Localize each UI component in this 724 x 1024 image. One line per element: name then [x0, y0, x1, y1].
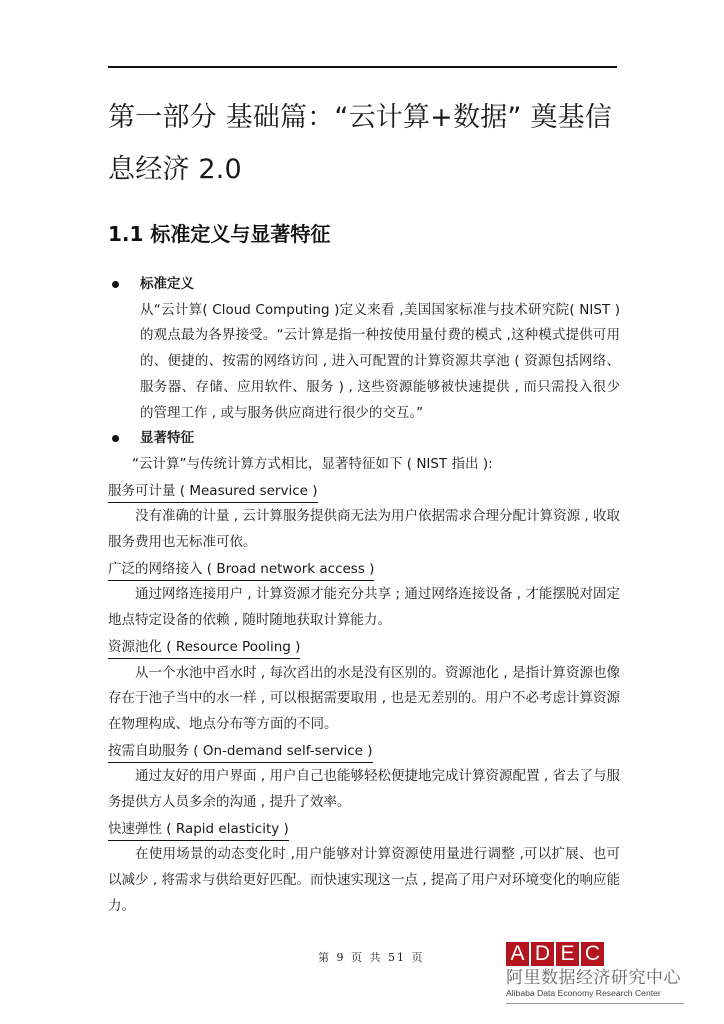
logo-underline: [506, 1003, 684, 1004]
logo-letter-boxes: A D E C: [506, 942, 686, 966]
logo-letter: E: [556, 942, 579, 966]
section-title: 1.1 标准定义与显著特征: [108, 220, 330, 248]
header-rule: [108, 66, 617, 68]
feature-title: 广泛的网络接入 ( Broad network access ): [108, 558, 374, 581]
logo-letter: C: [581, 942, 604, 966]
feature-item: 广泛的网络接入 ( Broad network access ) 通过网络连接用…: [108, 556, 620, 634]
logo-name-chinese: 阿里数据经济研究中心: [506, 968, 686, 988]
adec-logo: A D E C 阿里数据经济研究中心 Alibaba Data Economy …: [506, 942, 686, 1004]
feature-item: 服务可计量 ( Measured service ) 没有准确的计量 , 云计算…: [108, 478, 620, 556]
logo-letter: D: [531, 942, 554, 966]
key-features-intro: “云计算”与传统计算方式相比，显著特征如下 ( NIST 指出 ):: [108, 452, 620, 478]
feature-title: 资源池化 ( Resource Pooling ): [108, 636, 300, 659]
feature-description: 从一个水池中舀水时 , 每次舀出的水是没有区别的。资源池化 , 是指计算资源也像…: [108, 661, 620, 738]
feature-item: 资源池化 ( Resource Pooling ) 从一个水池中舀水时 , 每次…: [108, 634, 620, 738]
feature-description: 通过友好的用户界面 , 用户自己也能够轻松便捷地完成计算资源配置 , 省去了与服…: [108, 764, 620, 815]
standard-definition-paragraph: 从“云计算( Cloud Computing )定义来看 ,美国国家标准与技术研…: [108, 298, 620, 427]
feature-item: 按需自助服务 ( On-demand self-service ) 通过友好的用…: [108, 738, 620, 816]
page-number: 第 9 页 共 51 页: [318, 949, 424, 965]
feature-title: 服务可计量 ( Measured service ): [108, 480, 318, 503]
bullet-icon: [112, 435, 119, 442]
feature-description: 通过网络连接用户 , 计算资源才能充分共享 ; 通过网络连接设备 , 才能摆脱对…: [108, 582, 620, 633]
bullet-heading-standard-definition: 标准定义: [108, 272, 620, 298]
bullet-icon: [112, 281, 119, 288]
feature-description: 没有准确的计量 , 云计算服务提供商无法为用户依据需求合理分配计算资源 , 收取…: [108, 504, 620, 555]
logo-letter: A: [506, 942, 529, 966]
bullet-heading-label: 标准定义: [140, 276, 194, 292]
chapter-title: 第一部分 基础篇：“云计算+数据” 奠基信息经济 2.0: [108, 92, 628, 196]
feature-item: 快速弹性 ( Rapid elasticity ) 在使用场景的动态变化时 ,用…: [108, 816, 620, 920]
feature-title: 按需自助服务 ( On-demand self-service ): [108, 740, 373, 763]
feature-description: 在使用场景的动态变化时 ,用户能够对计算资源使用量进行调整 ,可以扩展、也可以减…: [108, 842, 620, 919]
document-body: 标准定义 从“云计算( Cloud Computing )定义来看 ,美国国家标…: [108, 272, 620, 920]
bullet-heading-label: 显著特征: [140, 430, 194, 446]
bullet-heading-key-features: 显著特征: [108, 426, 620, 452]
logo-name-english: Alibaba Data Economy Research Center: [506, 988, 686, 999]
feature-title: 快速弹性 ( Rapid elasticity ): [108, 818, 289, 841]
